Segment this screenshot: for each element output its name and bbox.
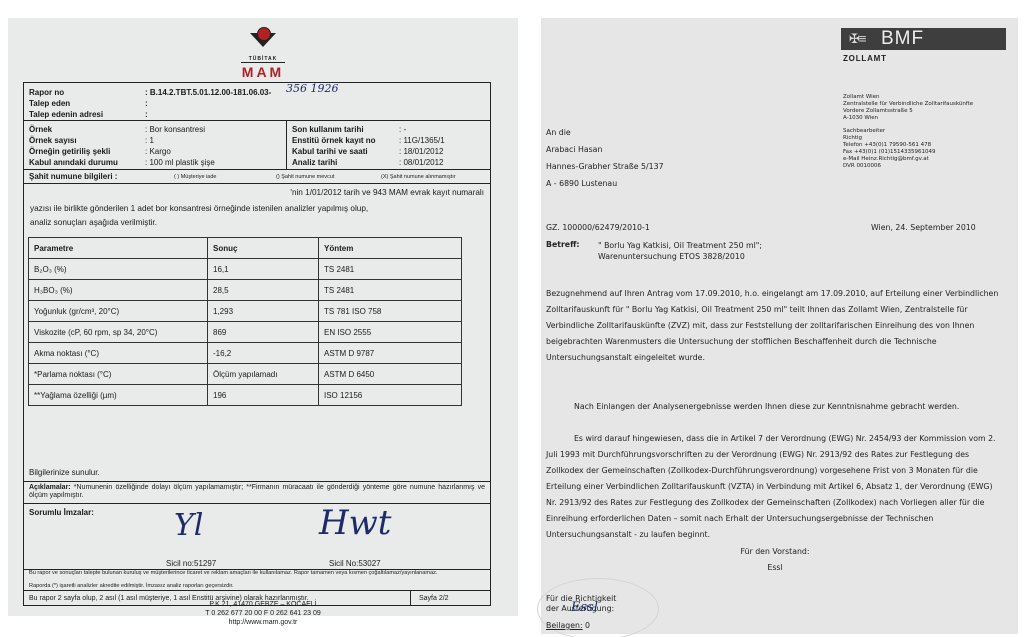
brand-name: BMF (881, 28, 924, 50)
intro-line-3: analiz sonuçları aşağıda verilmiştir. (30, 215, 484, 231)
field-value-condition: : 100 ml plastik şişe (145, 157, 215, 168)
cell-result: Ölçüm yapılamadı (208, 364, 319, 385)
usage-disclaimer: Bu rapor ve sonuçları talepte bulunan ku… (29, 570, 485, 577)
sender-line: Telefon +43(0)1 79590-561 478 (843, 142, 973, 149)
sender-line: A-1030 Wien (843, 115, 973, 122)
cell-parameter: B₂O₃ (%) (29, 259, 208, 280)
accreditation-note: Raporda (*) işaretli analizler akredite … (29, 583, 485, 590)
letter-date: Wien, 24. September 2010 (871, 223, 976, 232)
cell-result: 28,5 (208, 280, 319, 301)
report-frame: Rapor no : B.14.2.TBT.5.01.12.00-181.06.… (23, 82, 491, 606)
recipient-block: An die Arabaci Hasan Hannes-Grabher Stra… (546, 124, 664, 192)
witness-option-available: () Şahit numune mevcut (276, 172, 334, 183)
signature-1: Yl (174, 508, 203, 543)
field-label-expiry: Son kullanım tarihi (292, 124, 364, 135)
eagle-icon: ✠≡ (849, 31, 875, 47)
paragraph-2: Nach Einlangen der Analysenergebnisse we… (546, 399, 1004, 415)
field-label-analysis-date: Analiz tarihi (292, 157, 337, 168)
cell-parameter: Viskozite (cP, 60 rpm, sp 34, 20°C) (29, 322, 208, 343)
for-board-label: Für den Vorstand: (546, 544, 1004, 560)
subject-line: Warenuntersuchung ETOS 3828/2010 (598, 251, 762, 262)
cell-parameter: Yoğunluk (gr/cm³, 20°C) (29, 301, 208, 322)
signatures-label: Sorumlu İmzalar: (29, 507, 94, 518)
field-label-sample: Örnek (29, 124, 52, 135)
table-row: Yoğunluk (gr/cm³, 20°C)1,293TS 781 ISO 7… (29, 301, 462, 322)
subject-label: Betreff: (546, 240, 580, 249)
attachments: Beilagen: 0 (546, 621, 590, 630)
subject-line: " Borlu Yag Katkisi, Oil Treatment 250 m… (598, 240, 762, 251)
field-label-accept-date: Kabul tarihi ve saati (292, 146, 368, 157)
results-table: Parametre Sonuç Yöntem B₂O₃ (%)16,1TS 24… (28, 237, 462, 406)
subject-value: " Borlu Yag Katkisi, Oil Treatment 250 m… (598, 240, 762, 262)
remarks-text: *Numunenin özelliğinde dolayı ölçüm yapı… (29, 484, 485, 499)
footer-address: P.K.21, 41470 GEBZE – KOCAELİ (8, 600, 518, 609)
sender-line: Sachbearbeiter (843, 128, 973, 135)
header-result: Sonuç (208, 238, 319, 259)
department-name: ZOLLAMT (843, 54, 887, 63)
header-parameter: Parametre (29, 238, 208, 259)
cell-parameter: Akma noktası (°C) (29, 343, 208, 364)
remarks: Açıklamalar: *Numunenin özelliğinde dola… (29, 484, 485, 500)
reference-number: GZ. 100000/62479/2010-1 (546, 223, 650, 232)
field-value-requester: : (145, 98, 148, 109)
field-value-analysis-date: : 08/01/2012 (399, 157, 443, 168)
handwritten-report-number: 356 1926 (286, 83, 339, 94)
intro-line-1: 'nin 1/01/2012 tarih ve 943 MAM evrak ka… (30, 185, 484, 201)
field-label-report-no: Rapor no (29, 87, 64, 98)
cell-method: TS 2481 (319, 280, 462, 301)
sender-line: Zollamt Wien (843, 94, 973, 101)
signer-name: Essl (546, 560, 1004, 576)
field-label-requester: Talep eden (29, 98, 70, 109)
recipient-line: Hannes-Grabher Straße 5/137 (546, 158, 664, 175)
table-row: *Parlama noktası (°C)Ölçüm yapılamadıAST… (29, 364, 462, 385)
sender-block: Zollamt Wien Zentralstelle für Verbindli… (843, 94, 973, 170)
field-value-accept-date: : 18/01/2012 (399, 146, 443, 157)
logo-name: MAM (233, 65, 293, 80)
sender-line: Vordere Zollamtsstraße 5 (843, 108, 973, 115)
cell-parameter: *Parlama noktası (°C) (29, 364, 208, 385)
sender-line: DVR 0010006 (843, 163, 973, 170)
witness-label: Şahit numune bilgileri : (29, 171, 117, 182)
field-value-report-no: : B.14.2.TBT.5.01.12.00-181.06.03- (145, 87, 271, 98)
field-value-delivery: : Kargo (145, 146, 171, 157)
closing-text: Bilgilerinize sunulur. (29, 467, 100, 478)
recipient-line: An die (546, 124, 664, 141)
cell-method: ASTM D 6450 (319, 364, 462, 385)
bmf-logo: ✠≡ BMF (841, 28, 1006, 50)
tubitak-mam-logo: TÜBİTAK MAM (233, 33, 293, 80)
cell-method: EN ISO 2555 (319, 322, 462, 343)
field-label-sample-count: Örnek sayısı (29, 135, 77, 146)
paragraph-3: Es wird darauf hingewiesen, dass die in … (546, 431, 1004, 543)
signature-2: Hwt (319, 503, 391, 543)
recipient-line: Arabaci Hasan (546, 141, 664, 158)
attachments-label: Beilagen: (546, 621, 583, 630)
field-label-requester-address: Talep edenin adresi (29, 109, 103, 120)
table-row: B₂O₃ (%)16,1TS 2481 (29, 259, 462, 280)
results-header-row: Parametre Sonuç Yöntem (29, 238, 462, 259)
remarks-label: Açıklamalar: (29, 484, 71, 491)
recipient-line: A - 6890 Lustenau (546, 175, 664, 192)
field-label-institute-no: Enstitü örnek kayıt no (292, 135, 376, 146)
sicil-number-1: Sicil no:51297 (166, 558, 216, 569)
table-row: Viskozite (cP, 60 rpm, sp 34, 20°C)869EN… (29, 322, 462, 343)
cell-method: TS 2481 (319, 259, 462, 280)
lab-report-document: TÜBİTAK MAM Rapor no : B.14.2.TBT.5.01.1… (8, 18, 518, 616)
field-label-condition: Kabul anındaki durumu (29, 157, 118, 168)
field-value-requester-address: : (145, 109, 148, 120)
cell-method: TS 781 ISO 758 (319, 301, 462, 322)
table-row: Akma noktası (°C)-16,2ASTM D 9787 (29, 343, 462, 364)
cell-result: 1,293 (208, 301, 319, 322)
cell-result: 16,1 (208, 259, 319, 280)
field-value-sample: : Bor konsantresi (145, 124, 205, 135)
header-method: Yöntem (319, 238, 462, 259)
field-value-institute-no: : 11G/1365/1 (399, 135, 445, 146)
table-row: H₃BO₃ (%)28,5TS 2481 (29, 280, 462, 301)
tubitak-emblem-icon (250, 33, 276, 47)
witness-option-not-taken: (X) Şahit numune alınmamıştır (381, 172, 456, 183)
paragraph-1: Bezugnehmend auf Ihren Antrag vom 17.09.… (546, 286, 1004, 366)
cell-result: -16,2 (208, 343, 319, 364)
witness-option-returned: ( ) Müşteriye iade (174, 172, 217, 183)
cell-result: 196 (208, 385, 319, 406)
sender-line: Zentralstelle für Verbindliche Zolltarif… (843, 101, 973, 108)
field-label-delivery: Örneğin getiriliş şekli (29, 146, 110, 157)
cell-parameter: H₃BO₃ (%) (29, 280, 208, 301)
cell-result: 869 (208, 322, 319, 343)
sicil-number-2: Sicil No:53027 (329, 558, 381, 569)
sender-line: e-Mail Heinz.Richtig@bmf.gv.at (843, 156, 973, 163)
cell-method: ISO 12156 (319, 385, 462, 406)
sender-line: Richtig (843, 135, 973, 142)
logo-org: TÜBİTAK (241, 56, 286, 63)
sender-line: Fax +43(0)1 (01)1514335961049 (843, 149, 973, 156)
cell-parameter: **Yağlama özelliği (µm) (29, 385, 208, 406)
footer-website: http://www.mam.gov.tr (8, 618, 518, 627)
table-row: **Yağlama özelliği (µm)196ISO 12156 (29, 385, 462, 406)
footer-phone-fax: T 0 262 677 20 00 F 0 262 641 23 09 (8, 609, 518, 618)
field-value-sample-count: : 1 (145, 135, 154, 146)
attachments-count: 0 (583, 621, 590, 630)
cell-method: ASTM D 9787 (319, 343, 462, 364)
certification-signature: Essl (571, 600, 598, 615)
field-value-expiry: : - (399, 124, 406, 135)
customs-letter-document: ✠≡ BMF ZOLLAMT Zollamt Wien Zentralstell… (541, 18, 1018, 634)
institute-footer: P.K.21, 41470 GEBZE – KOCAELİ T 0 262 67… (8, 600, 518, 627)
